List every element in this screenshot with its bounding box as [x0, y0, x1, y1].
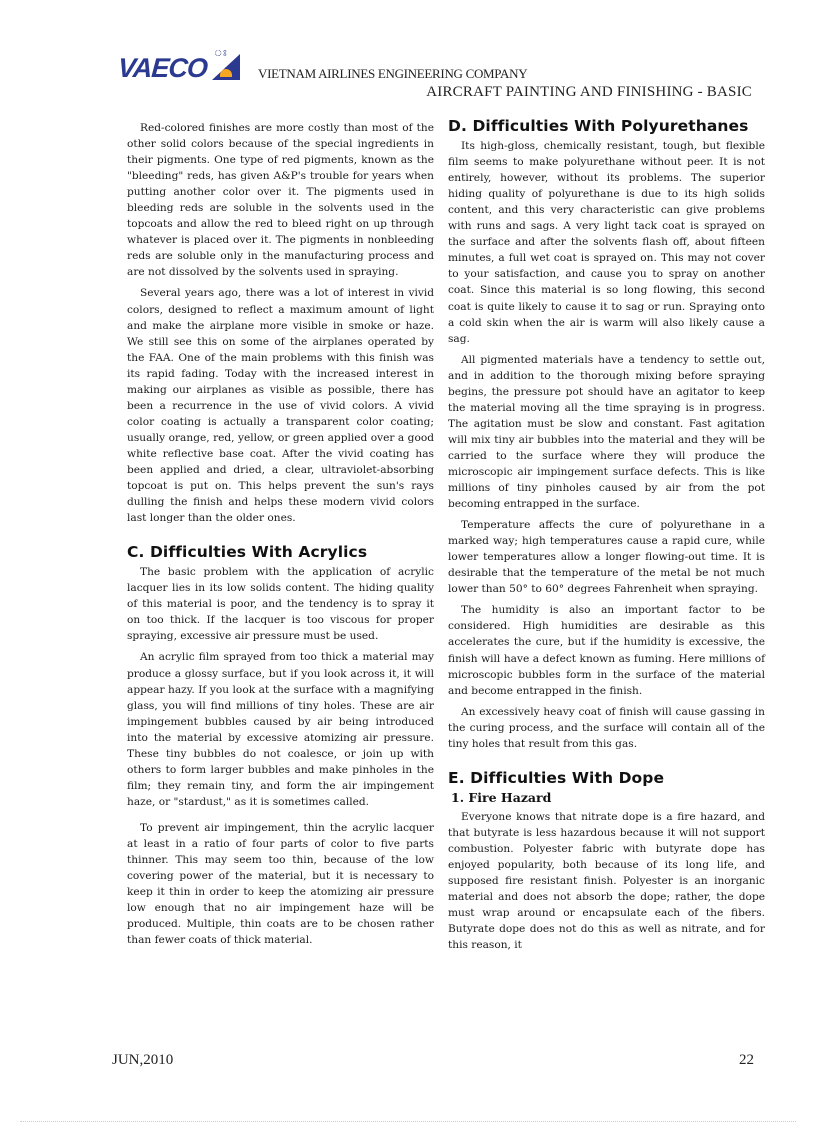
tail-fin-lotus-icon: ঃ: [208, 52, 242, 82]
company-name: VIETNAM AIRLINES ENGINEERING COMPANY: [258, 66, 527, 82]
page-number: 22: [739, 1052, 754, 1069]
vaeco-logo: VAECO ঃ: [118, 52, 242, 82]
paragraph: An excessively heavy coat of finish will…: [448, 704, 765, 752]
footer-date: JUN,2010: [112, 1052, 173, 1069]
paragraph: The humidity is also an important factor…: [448, 602, 765, 698]
section-heading-dope: E. Difficulties With Dope: [448, 770, 765, 786]
paragraph: The basic problem with the application o…: [127, 564, 434, 644]
right-column: D. Difficulties With Polyurethanes Its h…: [448, 118, 765, 958]
page-bottom-divider: [20, 1121, 796, 1122]
paragraph: An acrylic film sprayed from too thick a…: [127, 649, 434, 809]
page-header: VAECO ঃ VIETNAM AIRLINES ENGINEERING COM…: [0, 0, 816, 110]
paragraph: Several years ago, there was a lot of in…: [127, 285, 434, 526]
left-column: Red-colored finishes are more costly tha…: [127, 120, 434, 953]
paragraph: All pigmented materials have a tendency …: [448, 352, 765, 512]
paragraph: Its high-gloss, chemically resistant, to…: [448, 138, 765, 347]
paragraph: Temperature affects the cure of polyuret…: [448, 517, 765, 597]
paragraph: Everyone knows that nitrate dope is a fi…: [448, 809, 765, 953]
section-heading-acrylics: C. Difficulties With Acrylics: [127, 544, 434, 560]
course-title: AIRCRAFT PAINTING AND FINISHING - BASIC: [426, 84, 752, 101]
paragraph: Red-colored finishes are more costly tha…: [127, 120, 434, 280]
subsection-heading-fire-hazard: 1. Fire Hazard: [451, 790, 765, 806]
paragraph: To prevent air impingement, thin the acr…: [127, 820, 434, 948]
logo-text: VAECO: [117, 55, 208, 82]
section-heading-polyurethanes: D. Difficulties With Polyurethanes: [448, 118, 765, 134]
